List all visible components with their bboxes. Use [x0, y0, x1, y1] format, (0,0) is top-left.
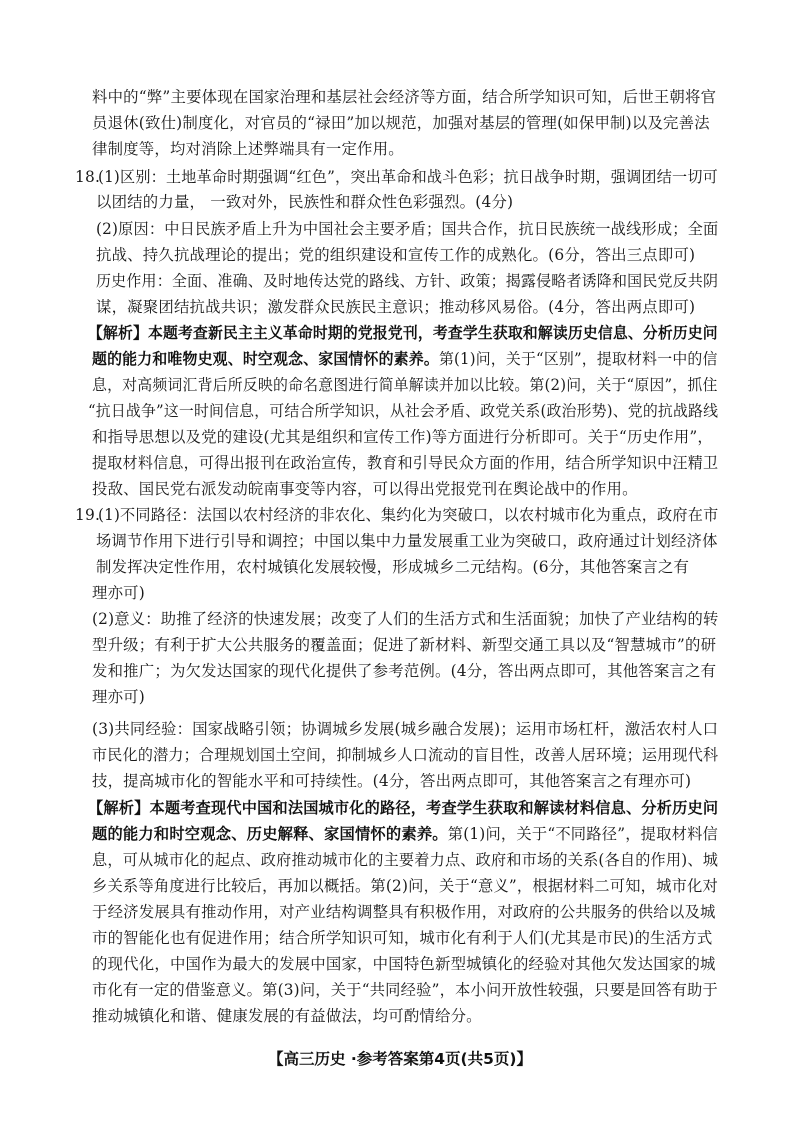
question-number: 19.: [75, 505, 100, 525]
q19-part3-line: 市民化的潜力；合理规划国土空间，抑制城乡人口流动的盲目性，改善人居环境；运用现代…: [92, 745, 718, 765]
q18-part2-line: (2)原因：中日民族矛盾上升为中国社会主要矛盾；国共合作，抗日民族统一战线形成；…: [96, 219, 718, 239]
question-number: 18.: [75, 167, 100, 187]
q19-part3-line: (3)共同经验：国家战略引领；协调城乡发展(城乡融合发展)；运用市场杠杆，激活农…: [92, 719, 718, 739]
analysis-line: “抗日战争”这一时间信息，可结合所学知识，从社会矛盾、政党关系(政治形势)、党的…: [88, 401, 718, 421]
analysis-line: 的现代化，中国作为最大的发展中国家，中国特色新型城镇化的经验对其他欠发达国家的城: [92, 954, 716, 974]
analysis-text: 第(1)问，关于“区别”，提取材料一中的信: [439, 350, 718, 368]
analysis-heading-line: 【解析】本题考查新民主主义革命时期的党报党刊，考查学生获取和解读历史信息、分析历…: [88, 323, 718, 343]
analysis-line: 投敌、国民党右派发动皖南事变等内容，可以得出党报党刊在舆论战中的作用。: [92, 479, 638, 499]
q19-part2-line: 发和推广；为欠发达国家的现代化提供了参考范例。(4分，答出两点即可，其他答案言之…: [92, 661, 716, 681]
analysis-line: 推动城镇化和谐、健康发展的有益做法，均可酌情给分。: [92, 1006, 482, 1026]
analysis-line: 题的能力和唯物史观、时空观念、家国情怀的素养。第(1)问，关于“区别”，提取材料…: [92, 349, 718, 369]
q18-part2-line: 历史作用：全面、准确、及时地传达党的路线、方针、政策；揭露侵略者诱降和国民党反共…: [96, 271, 718, 291]
q19-part1-line: 场调节作用下进行引导和调控；中国以集中力量发展重工业为突破口，政府通过计划经济体: [96, 531, 718, 551]
analysis-line: 题的能力和时空观念、历史解释、家国情怀的素养。第(1)问，关于“不同路径”，提取…: [92, 824, 718, 844]
intro-line: 料中的“弊”主要体现在国家治理和基层社会经济等方面，结合所学知识可知，后世王朝将…: [92, 87, 716, 107]
q19-part1-line: (1)不同路径：法国以农村经济的非农化、集约化为突破口，以农村城市化为重点，政府…: [98, 505, 718, 525]
intro-line: 律制度等，均对消除上述弊端具有一定作用。: [92, 139, 404, 159]
analysis-line: 提取材料信息，可得出报刊在政治宣传，教育和引导民众方面的作用，结合所学知识中汪精…: [92, 453, 718, 473]
answer-key-page: 料中的“弊”主要体现在国家治理和基层社会经济等方面，结合所学知识可知，后世王朝将…: [0, 0, 800, 1124]
analysis-line: 乡关系等角度进行比较后，再加以概括。第(2)问，关于“意义”，根据材料二可知，城…: [92, 876, 718, 896]
q19-part1-line: 理亦可): [92, 583, 145, 603]
q18-part1-line: 以团结的力量， 一致对外，民族性和群众性色彩强烈。(4分): [96, 192, 513, 212]
analysis-line: 息，对高频词汇背后所反映的命名意图进行简单解读并加以比较。第(2)问，关于“原因…: [92, 375, 718, 395]
q19-part2-line: 理亦可): [92, 687, 145, 707]
analysis-line: 于经济发展具有推动作用，对产业结构调整具有积极作用，对政府的公共服务的供给以及城: [92, 902, 716, 922]
analysis-heading-line: 【解析】本题考查现代中国和法国城市化的路径，考查学生获取和解读材料信息、分析历史…: [88, 798, 718, 818]
q19-part2-line: 型升级；有利于扩大公共服务的覆盖面；促进了新材料、新型交通工具以及“智慧城市”的…: [92, 635, 716, 655]
q19-part1-line: 制发挥决定性作用，农村城镇化发展较慢，形成城乡二元结构。(6分，其他答案言之有: [96, 557, 689, 577]
analysis-bold-text: 题的能力和唯物史观、时空观念、家国情怀的素养。: [92, 350, 439, 368]
analysis-line: 和指导思想以及党的建设(尤其是组织和宣传工作)等方面进行分析即可。关于“历史作用…: [92, 427, 713, 447]
q18-part1-line: (1)区别：土地革命时期强调“红色”，突出革命和战斗色彩；抗日战争时期，强调团结…: [98, 167, 718, 187]
q18-part2-line: 谋，凝聚团结抗战共识；激发群众民族民主意识；推动移风易俗。(4分，答出两点即可): [96, 297, 695, 317]
page-footer: 【高三历史 ·参考答案第4页(共5页)】: [0, 1047, 800, 1069]
analysis-line: 息，可从城市化的起点、政府推动城市化的主要着力点、政府和市场的关系(各自的作用)…: [92, 850, 718, 870]
analysis-bold-text: 题的能力和时空观念、历史解释、家国情怀的素养。: [92, 825, 448, 843]
q19-part3-line: 技，提高城市化的智能水平和可持续性。(4分，答出两点即可，其他答案言之有理亦可): [92, 771, 691, 791]
q18-part2-line: 抗战、持久抗战理论的提出；党的组织建设和宣传工作的成熟化。(6分，答出三点即可): [96, 245, 695, 265]
analysis-line: 市化有一定的借鉴意义。第(3)问，关于“共同经验”，本小问开放性较强，只要是回答…: [92, 980, 718, 1000]
analysis-line: 市的智能化也有促进作用；结合所学知识可知，城市化有利于人们(尤其是市民)的生活方…: [92, 928, 712, 948]
q19-part2-line: (2)意义：助推了经济的快速发展；改变了人们的生活方式和生活面貌；加快了产业结构…: [92, 609, 718, 629]
intro-line: 员退休(致仕)制度化，对官员的“禄田”加以规范，加强对基层的管理(如保甲制)以及…: [92, 113, 710, 133]
analysis-text: 第(1)问，关于“不同路径”，提取材料信: [448, 825, 718, 843]
